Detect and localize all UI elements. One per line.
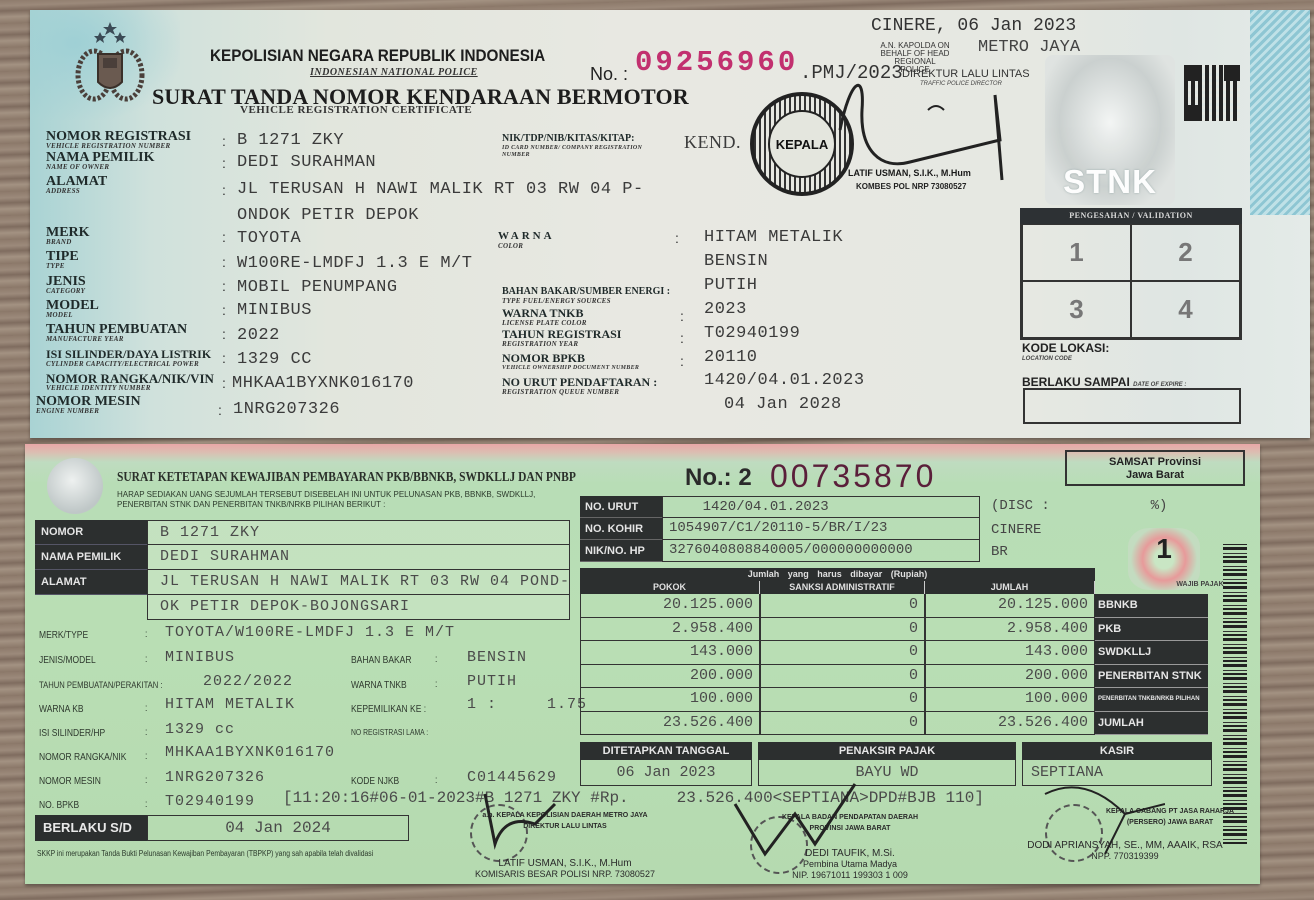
kode-lokasi-label: KODE LOKASI:LOCATION CODE bbox=[1022, 343, 1109, 365]
document-title-en: VEHICLE REGISTRATION CERTIFICATE bbox=[240, 104, 472, 116]
col-jumlah: JUMLAH bbox=[925, 581, 1095, 594]
value-mesin: 1NRG207326 bbox=[165, 769, 265, 786]
label-nomor-mesin: NOMOR MESINENGINE NUMBER bbox=[36, 395, 141, 415]
payment-row-total: 23.526.400023.526.400JUMLAH bbox=[580, 712, 1210, 736]
label-merk: MERKBRAND bbox=[46, 226, 90, 246]
payment-row: 143.0000143.000SWDKLLJ bbox=[580, 641, 1210, 665]
value-merk: TOYOTA bbox=[237, 229, 301, 248]
value-2023: 2023 bbox=[704, 300, 747, 319]
value-nik: KEND. bbox=[684, 132, 741, 153]
label-bahan-bakar: BAHAN BAKAR/SUMBER ENERGI :TYPE FUEL/ENE… bbox=[502, 285, 670, 305]
label-njkb: KODE NJKB bbox=[351, 776, 399, 787]
meta-table: NO. URUT 1420/04.01.2023 NO. KOHIR105490… bbox=[580, 496, 980, 562]
samsat-box: SAMSAT ProvinsiJawa Barat bbox=[1065, 450, 1245, 486]
payment-row: 20.125.000020.125.000BBNKB bbox=[580, 594, 1210, 618]
payment-header: Jumlah yang harus dibayar (Rupiah) bbox=[580, 568, 1095, 581]
payment-row: 100.0000100.000PENERBITAN TNKB/NRKB PILI… bbox=[580, 688, 1210, 712]
value-putih: PUTIH bbox=[704, 276, 758, 295]
value-warna: HITAM METALIK bbox=[704, 228, 843, 247]
label-nama-pemilik: NAMA PEMILIKNAME OF OWNER bbox=[46, 151, 155, 171]
code-info: BR bbox=[991, 544, 1008, 560]
value-alamat-line2: ONDOK PETIR DEPOK bbox=[237, 206, 419, 225]
validation-cell-2: 2 bbox=[1131, 224, 1240, 281]
signer-rank: KOMBES POL NRP 73080527 bbox=[856, 182, 966, 191]
owner-row: OK PETIR DEPOK-BOJONGSARI bbox=[35, 595, 570, 620]
label-kepemilikan: KEPEMILIKAN KE : bbox=[351, 704, 426, 715]
label-nomor-registrasi: NOMOR REGISTRASIVEHICLE REGISTRATION NUM… bbox=[46, 130, 191, 150]
location-info: CINERE bbox=[991, 522, 1041, 538]
payment-row: 200.0000200.000PENERBITAN STNK bbox=[580, 665, 1210, 689]
value-isi-silinder: 1329 cc bbox=[165, 721, 235, 738]
value-warna-kb: HITAM METALIK bbox=[165, 696, 295, 713]
hologram-text: STNK bbox=[1045, 163, 1175, 201]
barcode-icon bbox=[1223, 544, 1247, 844]
validation-cell-1: 1 bbox=[1022, 224, 1131, 281]
stnk-certificate: KEPOLISIAN NEGARA REPUBLIK INDONESIA IND… bbox=[30, 10, 1310, 438]
owner-row: ALAMATJL TERUSAN H NAWI MALIK RT 03 RW 0… bbox=[35, 570, 570, 595]
skkp-tax-receipt: SURAT KETETAPAN KEWAJIBAN PEMBAYARAN PKB… bbox=[25, 444, 1260, 884]
footnote: SKKP ini merupakan Tanda Bukti Pelunasan… bbox=[37, 849, 373, 858]
label-alamat: ALAMATADDRESS bbox=[46, 175, 107, 195]
label-warna: WARNACOLOR bbox=[498, 230, 555, 250]
label-rangka: NOMOR RANGKA/NIK bbox=[39, 752, 126, 763]
label-nomor-rangka: NOMOR RANGKA/NIK/VINVEHICLE IDENTITY NUM… bbox=[46, 372, 214, 392]
owner-table: NOMOR REGISTRASIB 1271 ZKY NAMA PEMILIKD… bbox=[35, 520, 570, 620]
serial-number: 09256960 bbox=[635, 46, 798, 79]
value-20110: 20110 bbox=[704, 348, 758, 367]
serial-label: No. : bbox=[590, 64, 628, 85]
skkp-no-label: No.: 2 bbox=[685, 464, 752, 492]
label-nomor-bpkb: NOMOR BPKBVEHICLE OWNERSHIP DOCUMENT NUM… bbox=[502, 352, 639, 372]
label-merk-type: MERK/TYPE bbox=[39, 630, 88, 641]
seal-icon bbox=[47, 458, 103, 514]
value-bpkb: T02940199 bbox=[165, 793, 255, 810]
berlaku-sampai-label: BERLAKU SAMPAI DATE OF EXPIRE : bbox=[1022, 375, 1186, 389]
value-rangka: MHKAA1BYXNK016170 bbox=[165, 744, 335, 761]
value-kepemilikan: 1 : 1.75 bbox=[467, 696, 587, 713]
police-emblem-icon bbox=[68, 20, 152, 104]
label-warna-tnkb: WARNA TNKB bbox=[351, 680, 407, 691]
value-expiry: 04 Jan 2028 bbox=[724, 395, 842, 414]
value-nomor-registrasi: B 1271 ZKY bbox=[237, 131, 344, 150]
label-isi-silinder: ISI SILINDER/HP bbox=[39, 728, 105, 739]
value-nomor-rangka: MHKAA1BYXNK016170 bbox=[232, 374, 414, 393]
org-title: KEPOLISIAN NEGARA REPUBLIK INDONESIA bbox=[210, 46, 545, 66]
meta-row: NO. KOHIR1054907/C1/20110-5/BR/I/23 bbox=[580, 518, 980, 540]
disc-info: (DISC : %) bbox=[991, 498, 1167, 514]
col-pokok: POKOK bbox=[580, 581, 760, 594]
value-t02940199: T02940199 bbox=[704, 324, 800, 343]
signature-ink-icon bbox=[465, 774, 1165, 874]
label-bahan-bakar: BAHAN BAKAR bbox=[351, 655, 411, 666]
expire-date-box bbox=[1023, 388, 1241, 424]
payment-row: 2.958.40002.958.400PKB bbox=[580, 618, 1210, 642]
value-jenis-model: MINIBUS bbox=[165, 649, 235, 666]
value-jenis: MOBIL PENUMPANG bbox=[237, 278, 398, 297]
value-nomor-mesin: 1NRG207326 bbox=[233, 400, 340, 419]
stamp-text: KEPALA bbox=[776, 137, 828, 152]
label-no-urut: NO URUT PENDAFTARAN :REGISTRATION QUEUE … bbox=[502, 376, 657, 396]
validation-cell-3: 3 bbox=[1022, 281, 1131, 338]
value-model: MINIBUS bbox=[237, 301, 312, 320]
issue-place-date: CINERE, 06 Jan 2023 bbox=[871, 16, 1076, 36]
label-jenis: JENISCATEGORY bbox=[46, 275, 86, 295]
security-hatch bbox=[1250, 10, 1310, 215]
label-nik: NIK/TDP/NIB/KITAS/KITAP:ID CARD NUMBER/ … bbox=[502, 132, 652, 159]
value-tahun: 2022/2022 bbox=[203, 673, 293, 690]
lembar-badge: 1 WAJIB PAJAK bbox=[1128, 528, 1200, 590]
org-title-en: INDONESIAN NATIONAL POLICE bbox=[310, 67, 478, 78]
berlaku-label: BERLAKU S/D bbox=[35, 815, 147, 841]
label-tahun-registrasi: TAHUN REGISTRASIREGISTRATION YEAR bbox=[502, 328, 621, 348]
skkp-no-value: 00735870 bbox=[770, 458, 936, 495]
value-no-urut: 1420/04.01.2023 bbox=[704, 371, 865, 390]
value-alamat-line1: JL TERUSAN H NAWI MALIK RT 03 RW 04 P- bbox=[237, 180, 644, 199]
value-tahun-pembuatan: 2022 bbox=[237, 326, 280, 345]
label-bpkb: NO. BPKB bbox=[39, 800, 79, 811]
label-reg-lama: NO REGISTRASI LAMA : bbox=[351, 728, 428, 737]
berlaku-value: 04 Jan 2024 bbox=[147, 815, 409, 841]
label-model: MODELMODEL bbox=[46, 299, 99, 319]
label-tahun-pembuatan: TAHUN PEMBUATANMANUFACTURE YEAR bbox=[46, 323, 187, 343]
validation-cell-4: 4 bbox=[1131, 281, 1240, 338]
value-isi-silinder: 1329 CC bbox=[237, 350, 312, 369]
qr-code-icon bbox=[1184, 65, 1240, 121]
value-tipe: W100RE-LMDFJ 1.3 E M/T bbox=[237, 254, 472, 273]
meta-row: NIK/NO. HP3276040808840005/000000000000 bbox=[580, 540, 980, 562]
skkp-title: SURAT KETETAPAN KEWAJIBAN PEMBAYARAN PKB… bbox=[117, 470, 576, 486]
label-warna-tnkb: WARNA TNKBLICENSE PLATE COLOR bbox=[502, 307, 587, 327]
owner-row: NAMA PEMILIKDEDI SURAHMAN bbox=[35, 545, 570, 570]
value-warna-tnkb: PUTIH bbox=[467, 673, 517, 690]
col-sanksi: SANKSI ADMINISTRATIF bbox=[760, 581, 925, 594]
signer-name: LATIF USMAN, S.I.K., M.Hum bbox=[848, 168, 971, 178]
skkp-subtitle: HARAP SEDIAKAN UANG SEJUMLAH TERSEBUT DI… bbox=[117, 490, 587, 510]
label-isi-silinder: ISI SILINDER/DAYA LISTRIKCYLINDER CAPACI… bbox=[46, 348, 211, 368]
payment-table: Jumlah yang harus dibayar (Rupiah) POKOK… bbox=[580, 568, 1210, 735]
label-warna-kb: WARNA KB bbox=[39, 704, 84, 715]
label-tahun: TAHUN PEMBUATAN/PERAKITAN : bbox=[39, 680, 163, 690]
value-nama-pemilik: DEDI SURAHMAN bbox=[237, 153, 376, 172]
label-tipe: TIPETYPE bbox=[46, 250, 79, 270]
hologram-seal: STNK bbox=[1045, 55, 1175, 205]
label-jenis-model: JENIS/MODEL bbox=[39, 655, 96, 666]
label-mesin: NOMOR MESIN bbox=[39, 776, 101, 787]
value-bahan-bakar: BENSIN bbox=[467, 649, 527, 666]
owner-row: NOMOR REGISTRASIB 1271 ZKY bbox=[35, 520, 570, 545]
validation-title: PENGESAHAN / VALIDATION bbox=[1020, 208, 1242, 224]
meta-row: NO. URUT 1420/04.01.2023 bbox=[580, 496, 980, 518]
value-bensin: BENSIN bbox=[704, 252, 768, 271]
value-merk-type: TOYOTA/W100RE-LMDFJ 1.3 E M/T bbox=[165, 624, 455, 641]
